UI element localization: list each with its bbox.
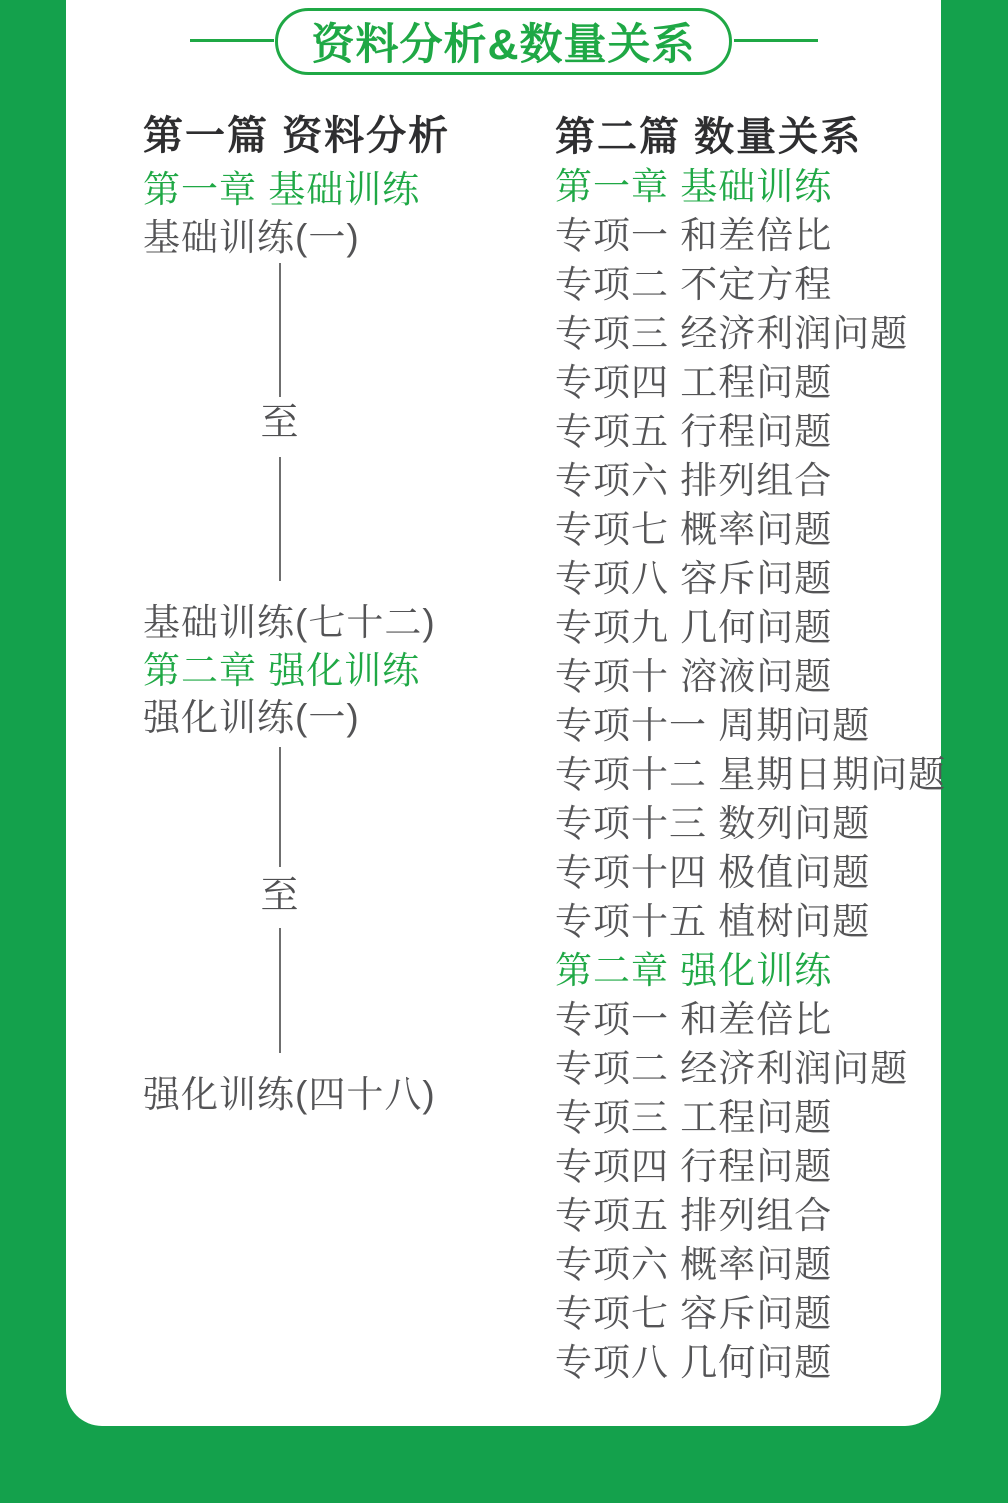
banner-decor-line-left xyxy=(190,39,274,42)
toc-item: 专项二 不定方程 xyxy=(555,260,832,309)
range-to-label: 至 xyxy=(238,872,322,921)
toc-item: 强化训练(四十八) xyxy=(143,1070,436,1119)
banner-decor-line-right xyxy=(734,39,818,42)
page-background: 资料分析&数量关系 第一篇 资料分析第一章 基础训练基础训练(一)至基础训练(七… xyxy=(0,0,1008,1503)
toc-item: 专项八 几何问题 xyxy=(555,1338,832,1387)
range-connector-line xyxy=(279,928,281,1053)
range-connector-line xyxy=(279,747,281,867)
toc-item: 专项十二 星期日期问题 xyxy=(555,750,946,799)
toc-item: 专项五 排列组合 xyxy=(555,1191,832,1240)
toc-item: 专项一 和差倍比 xyxy=(555,211,832,260)
chapter-heading: 第二章 强化训练 xyxy=(143,646,420,695)
toc-item: 基础训练(七十二) xyxy=(143,598,436,647)
chapter-heading: 第一章 基础训练 xyxy=(143,165,420,214)
toc-item: 专项六 概率问题 xyxy=(555,1240,832,1289)
toc-item: 专项四 行程问题 xyxy=(555,1142,832,1191)
toc-item: 专项十一 周期问题 xyxy=(555,701,870,750)
toc-item: 专项一 和差倍比 xyxy=(555,995,832,1044)
toc-item: 专项九 几何问题 xyxy=(555,603,832,652)
part-heading: 第二篇 数量关系 xyxy=(555,113,862,162)
section-banner-title: 资料分析&数量关系 xyxy=(311,11,695,72)
chapter-heading: 第一章 基础训练 xyxy=(555,162,832,211)
range-connector-line xyxy=(279,263,281,397)
range-to-label: 至 xyxy=(238,399,322,448)
toc-item: 专项十四 极值问题 xyxy=(555,848,870,897)
toc-item: 专项十三 数列问题 xyxy=(555,799,870,848)
chapter-heading: 第二章 强化训练 xyxy=(555,946,832,995)
toc-item: 强化训练(一) xyxy=(143,693,360,742)
toc-item: 专项五 行程问题 xyxy=(555,407,832,456)
toc-item: 专项八 容斥问题 xyxy=(555,554,832,603)
toc-item: 专项十五 植树问题 xyxy=(555,897,870,946)
toc-item: 专项四 工程问题 xyxy=(555,358,832,407)
toc-item: 基础训练(一) xyxy=(143,213,360,262)
toc-item: 专项七 概率问题 xyxy=(555,505,832,554)
toc-item: 专项二 经济利润问题 xyxy=(555,1044,908,1093)
toc-item: 专项七 容斥问题 xyxy=(555,1289,832,1338)
section-banner-pill: 资料分析&数量关系 xyxy=(275,8,732,75)
toc-item: 专项六 排列组合 xyxy=(555,456,832,505)
toc-item: 专项三 经济利润问题 xyxy=(555,309,908,358)
range-connector-line xyxy=(279,457,281,581)
toc-item: 专项十 溶液问题 xyxy=(555,652,832,701)
part-heading: 第一篇 资料分析 xyxy=(143,112,450,161)
toc-item: 专项三 工程问题 xyxy=(555,1093,832,1142)
